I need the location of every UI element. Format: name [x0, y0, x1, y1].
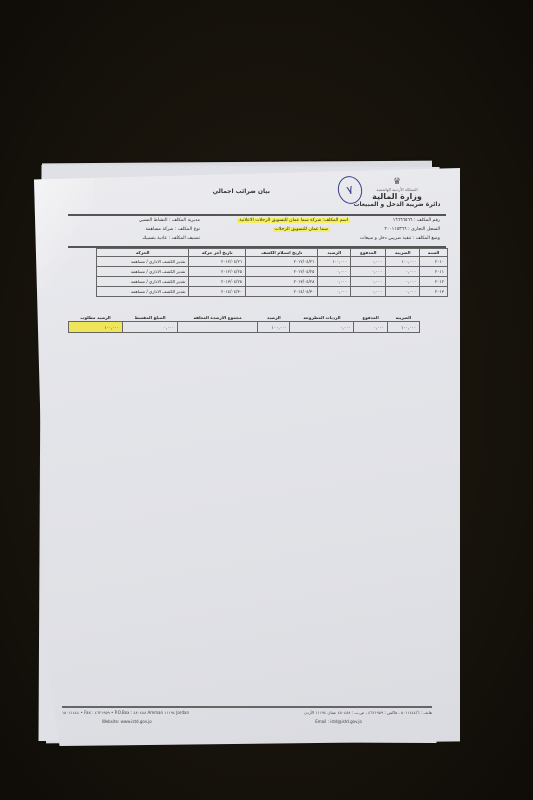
- taxpayer-type: شركة مساهمة: [146, 227, 174, 232]
- cell-year: ٢٠١١: [420, 267, 448, 277]
- ministry-name: وزارة المالية: [352, 192, 442, 201]
- cell-movement: تقدير الكشف الاداري / مساهمة: [97, 277, 189, 287]
- summary-paid: ٠,٠٠٠: [354, 322, 387, 333]
- cell-paid: ٠,٠٠٠: [351, 277, 386, 287]
- header-divider: [68, 214, 446, 216]
- summary-values-row: ١٠٠,٠٠٠ ٠,٠٠٠ ٠,٠٠٠ ١٠٠,٠٠٠ ٠,٠٠٠ ١٠٠,٠٠…: [69, 322, 420, 333]
- col-movement: الحركة: [97, 249, 189, 257]
- cell-last-move: ٢٠١٢/٠٤/٢٦: [189, 257, 246, 267]
- cell-last-move: ٢٠١٤/٠٤/٣٠: [189, 287, 246, 297]
- cell-tax: ٠,٠٠٠: [386, 267, 420, 277]
- summary-refunds: ٠,٠٠٠: [290, 322, 354, 333]
- summary-installment: ٠,٠٠٠: [123, 322, 178, 333]
- col-balance: الرصيد: [318, 249, 351, 257]
- cell-year: ٢٠١٣: [420, 287, 448, 297]
- cell-paid: ٠,٠٠٠: [351, 267, 386, 277]
- cell-balance: ٠,٠٠٠: [318, 287, 351, 297]
- trade-name: سما عمان للتسويق الرحلات: [273, 227, 330, 232]
- ministry-letterhead: ♛ المملكة الأردنية الهاشمية وزارة المالي…: [352, 178, 442, 208]
- cell-year: ٢٠١٠: [420, 257, 448, 267]
- tax-statement-document: ♛ المملكة الأردنية الهاشمية وزارة المالي…: [34, 168, 460, 746]
- cell-movement: تقدير الكشف الاداري / مساهمة: [97, 267, 189, 277]
- table-header-row: السنة الضريبة المدفوع الرصيد تاريخ استلا…: [97, 249, 448, 257]
- footer-website: Website: www.istd.gov.jo: [102, 719, 152, 724]
- taxpayer-type-row: نوع المكلف : شركة مساهمة: [146, 227, 200, 232]
- table-row: ٢٠١١٠,٠٠٠٠,٠٠٠٠,٠٠٠٢٠١٢/٠٤/٢٥٢٠١٢/٠٤/٢٥ت…: [97, 267, 448, 277]
- cell-balance: ٠,٠٠٠: [318, 277, 351, 287]
- footer-phone-arabic: هاتف : ٥٠١١٤٤٤/٦ ، فاكس : ٤٦٢١٩٥٩ ، ص.ب …: [304, 710, 432, 715]
- taxpayer-status: تنفيذ ضريبي دخل و مبيعات: [360, 236, 411, 241]
- taxpayer-info: رقم المكلف : ١٦٦٦٦٥٦٦ اسم المكلف: شركة س…: [68, 218, 440, 246]
- crown-crest-icon: ♛: [352, 178, 442, 187]
- cell-received: ٢٠١٢/٠٤/٢٥: [245, 267, 317, 277]
- cell-balance: ٠,٠٠٠: [318, 267, 351, 277]
- footer-email: Email : istd@istd.gov.jo: [315, 719, 362, 724]
- cell-tax: ٠,٠٠٠: [386, 287, 420, 297]
- cell-received: ٢٠١٢/٠٤/٢٦: [245, 257, 317, 267]
- cell-year: ٢٠١٢: [420, 277, 448, 287]
- document-title: بيان ضرائب اجمالي: [213, 188, 270, 195]
- col-received-date: تاريخ استلام الكشف: [245, 249, 317, 257]
- col-paid: المدفوع: [351, 249, 386, 257]
- cell-movement: تقدير الكشف الاداري / مساهمة: [97, 287, 189, 297]
- cell-tax: ١٠٠,٠٠٠: [386, 257, 420, 267]
- cell-received: ٢٠١٤/٠٤/٣٠: [245, 287, 317, 297]
- summary-balance: ١٠٠,٠٠٠: [258, 322, 290, 333]
- cell-paid: ٠,٠٠٠: [351, 257, 386, 267]
- taxpayer-number: ١٦٦٦٦٥٦٦: [393, 218, 413, 223]
- summary-header-row: الضريبة المدفوع الرديات المطروحة الرصيد …: [69, 314, 420, 322]
- taxpayer-class-row: تصنيف المكلف : عادية بتسبيك: [142, 236, 200, 241]
- col-year: السنة: [420, 249, 448, 257]
- cell-received: ٢٠١٣/٠٤/٢٨: [245, 277, 317, 287]
- trade-name-row: سما عمان للتسويق الرحلات: [273, 227, 330, 232]
- summary-tax: ١٠٠,٠٠٠: [387, 322, 419, 333]
- cell-movement: تقدير الكشف الاداري / مساهمة: [97, 257, 189, 267]
- cell-last-move: ٢٠١٣/٠٤/٢٨: [189, 277, 246, 287]
- table-row: ٢٠١٣٠,٠٠٠٠,٠٠٠٠,٠٠٠٢٠١٤/٠٤/٣٠٢٠١٤/٠٤/٣٠ت…: [97, 287, 448, 297]
- commercial-reg-number: ٢٠٠١١٥٣٦٦: [384, 227, 406, 232]
- summary-amount-due: ١٠٠,٠٠٠: [69, 322, 123, 333]
- tax-years-table: السنة الضريبة المدفوع الرصيد تاريخ استلا…: [96, 248, 448, 297]
- summary-pending-balances: [178, 322, 258, 333]
- footer-contact-english: ١٥٠١١٤٤٤ • Fax : ٤٦٢١٩٥٩ • P.O.Box : ٤٨٠…: [62, 710, 189, 715]
- col-tax: الضريبة: [386, 249, 420, 257]
- directorate: النشاط النسبي: [139, 218, 168, 223]
- taxpayer-name-row: اسم المكلف: شركة سما عمان للتسويق الرحلا…: [237, 218, 350, 223]
- footer-divider: [62, 706, 432, 708]
- department-name: دائرة ضريبة الدخل و المبيعات: [352, 201, 442, 208]
- taxpayer-number-row: رقم المكلف : ١٦٦٦٦٥٦٦: [393, 218, 440, 223]
- cell-paid: ٠,٠٠٠: [351, 287, 386, 297]
- cell-tax: ٠,٠٠٠: [386, 277, 420, 287]
- table-row: ٢٠١٢٠,٠٠٠٠,٠٠٠٠,٠٠٠٢٠١٣/٠٤/٢٨٢٠١٣/٠٤/٢٨ت…: [97, 277, 448, 287]
- directorate-row: مديرية المكلف : النشاط النسبي: [139, 218, 200, 223]
- cell-balance: ١٠٠,٠٠٠: [318, 257, 351, 267]
- table-row: ٢٠١٠١٠٠,٠٠٠٠,٠٠٠١٠٠,٠٠٠٢٠١٢/٠٤/٢٦٢٠١٢/٠٤…: [97, 257, 448, 267]
- summary-table: الضريبة المدفوع الرديات المطروحة الرصيد …: [68, 314, 420, 333]
- taxpayer-status-row: وضع المكلف : تنفيذ ضريبي دخل و مبيعات: [360, 236, 440, 241]
- taxpayer-class: عادية بتسبيك: [142, 236, 167, 241]
- taxpayer-name: شركة سما عمان للتسويق الرحلات الاعلانية: [239, 218, 321, 223]
- col-last-movement-date: تاريخ آخر حركة: [189, 249, 246, 257]
- commercial-reg-row: السجل التجاري : ٢٠٠١١٥٣٦٦: [384, 227, 440, 232]
- cell-last-move: ٢٠١٢/٠٤/٢٥: [189, 267, 246, 277]
